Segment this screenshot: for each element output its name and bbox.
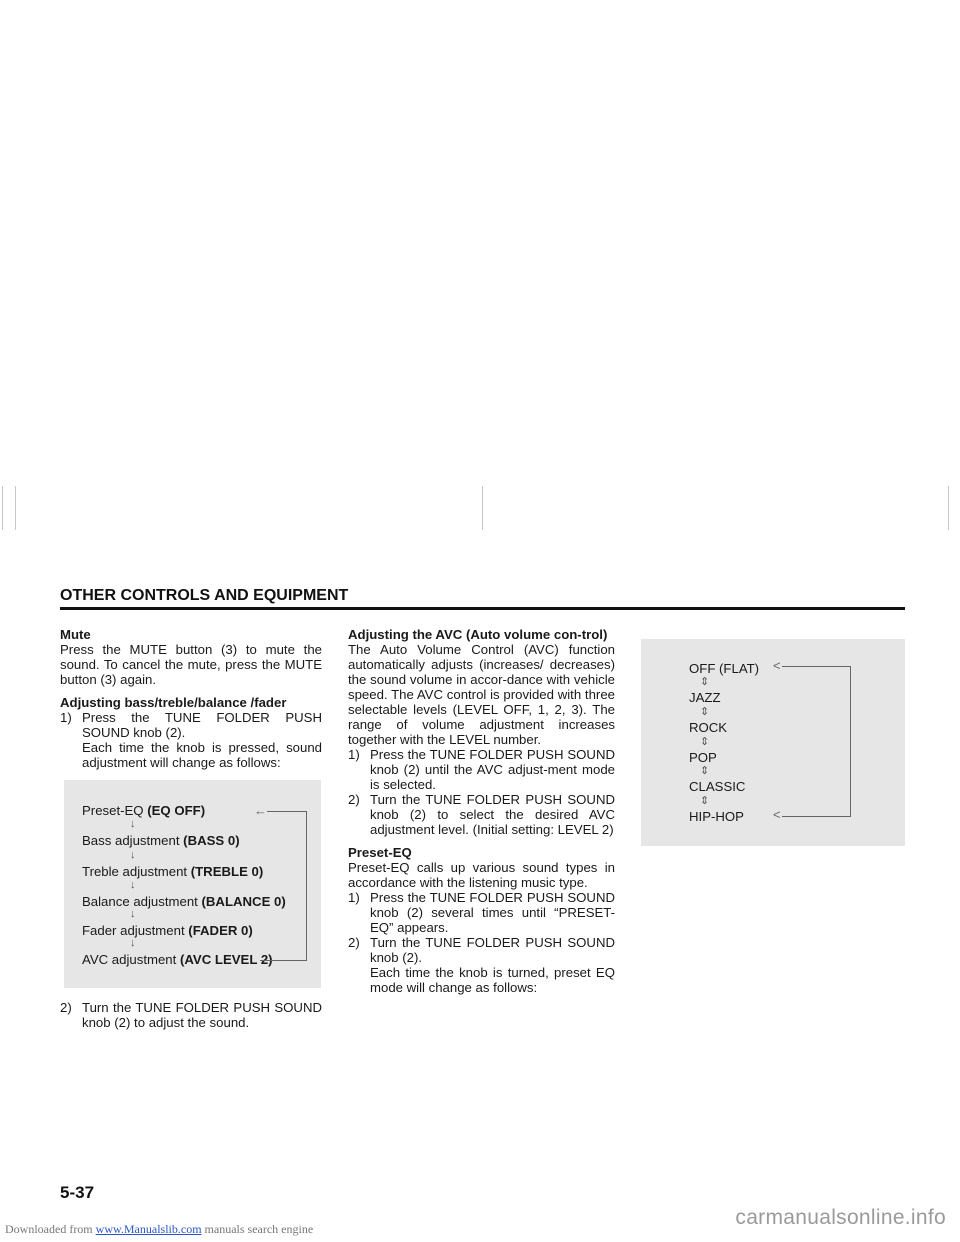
step-number: 2): [348, 792, 370, 837]
down-arrow-icon: ↓: [130, 938, 136, 949]
crop-mark: [15, 486, 16, 530]
crop-mark: [2, 486, 3, 530]
flow-item: Fader adjustment (FADER 0): [82, 923, 253, 938]
flow-item: Balance adjustment (BALANCE 0): [82, 894, 286, 909]
step-number: 1): [348, 747, 370, 792]
bass-step-2: 2) Turn the TUNE FOLDER PUSH SOUND knob …: [60, 1000, 322, 1030]
updown-arrow-icon: ⇕: [700, 737, 709, 748]
step-detail: Each time the knob is turned, preset EQ …: [370, 965, 615, 995]
updown-arrow-icon: ⇕: [700, 796, 709, 807]
preset-eq-step-1: 1) Press the TUNE FOLDER PUSH SOUND knob…: [348, 890, 615, 935]
bass-heading: Adjusting bass/treble/balance /fader: [60, 695, 322, 710]
watermark: carmanualsonline.info: [735, 1206, 946, 1230]
crop-mark: [482, 486, 483, 530]
step-number: 1): [348, 890, 370, 935]
down-arrow-icon: ↓: [130, 819, 136, 830]
down-arrow-icon: ↓: [130, 850, 136, 861]
return-loop-line: [782, 666, 851, 817]
step-text: Press the TUNE FOLDER PUSH SOUND knob (2…: [82, 710, 322, 740]
updown-arrow-icon: ⇕: [700, 707, 709, 718]
down-arrow-icon: ↓: [130, 909, 136, 920]
eq-item: OFF (FLAT): [689, 661, 759, 676]
middle-column: Adjusting the AVC (Auto volume con-trol)…: [348, 627, 615, 995]
eq-item: CLASSIC: [689, 779, 745, 794]
eq-item: JAZZ: [689, 690, 721, 705]
step-number: 1): [60, 710, 82, 770]
flow-item: AVC adjustment (AVC LEVEL 2): [82, 952, 273, 967]
flow-item: Treble adjustment (TREBLE 0): [82, 864, 263, 879]
step-text: Turn the TUNE FOLDER PUSH SOUND knob (2)…: [370, 792, 615, 837]
page-number: 5-37: [60, 1183, 94, 1203]
eq-item: ROCK: [689, 720, 727, 735]
flow-item: Preset-EQ (EQ OFF): [82, 803, 205, 818]
section-title: OTHER CONTROLS AND EQUIPMENT: [60, 587, 905, 605]
bass-step-1: 1) Press the TUNE FOLDER PUSH SOUND knob…: [60, 710, 322, 770]
step-text: Press the TUNE FOLDER PUSH SOUND knob (2…: [370, 890, 615, 935]
left-column: Mute Press the MUTE button (3) to mute t…: [60, 627, 322, 770]
step-text: Turn the TUNE FOLDER PUSH SOUND knob (2)…: [82, 1000, 322, 1030]
step-detail: Each time the knob is pressed, sound adj…: [82, 740, 322, 770]
preset-eq-step-2: 2) Turn the TUNE FOLDER PUSH SOUND knob …: [348, 935, 615, 995]
avc-step-2: 2) Turn the TUNE FOLDER PUSH SOUND knob …: [348, 792, 615, 837]
step-text: Turn the TUNE FOLDER PUSH SOUND knob (2)…: [370, 935, 615, 965]
eq-item: HIP-HOP: [689, 809, 744, 824]
preset-eq-heading: Preset-EQ: [348, 845, 615, 860]
step-number: 2): [348, 935, 370, 995]
step-number: 2): [60, 1000, 82, 1030]
download-notice: Downloaded from www.Manualslib.com manua…: [5, 1222, 313, 1237]
updown-arrow-icon: ⇕: [700, 677, 709, 688]
avc-heading: Adjusting the AVC (Auto volume con-trol): [348, 627, 615, 642]
flow-item: Bass adjustment (BASS 0): [82, 833, 240, 848]
eq-item: POP: [689, 750, 717, 765]
section-divider: [60, 607, 905, 610]
left-column-step-2: 2) Turn the TUNE FOLDER PUSH SOUND knob …: [60, 1000, 322, 1030]
crop-mark: [948, 486, 949, 530]
avc-body: The Auto Volume Control (AVC) function a…: [348, 642, 615, 747]
updown-arrow-icon: ⇕: [700, 766, 709, 777]
preset-eq-body: Preset-EQ calls up various sound types i…: [348, 860, 615, 890]
return-loop-line: [260, 811, 307, 961]
manualslib-link[interactable]: www.Manualslib.com: [96, 1222, 202, 1236]
left-arrow-icon: <: [773, 808, 781, 821]
mute-body: Press the MUTE button (3) to mute the so…: [60, 642, 322, 687]
avc-step-1: 1) Press the TUNE FOLDER PUSH SOUND knob…: [348, 747, 615, 792]
step-text: Press the TUNE FOLDER PUSH SOUND knob (2…: [370, 747, 615, 792]
left-arrow-icon: ←: [254, 804, 267, 817]
down-arrow-icon: ↓: [130, 880, 136, 891]
left-arrow-icon: <: [773, 659, 781, 672]
mute-heading: Mute: [60, 627, 322, 642]
